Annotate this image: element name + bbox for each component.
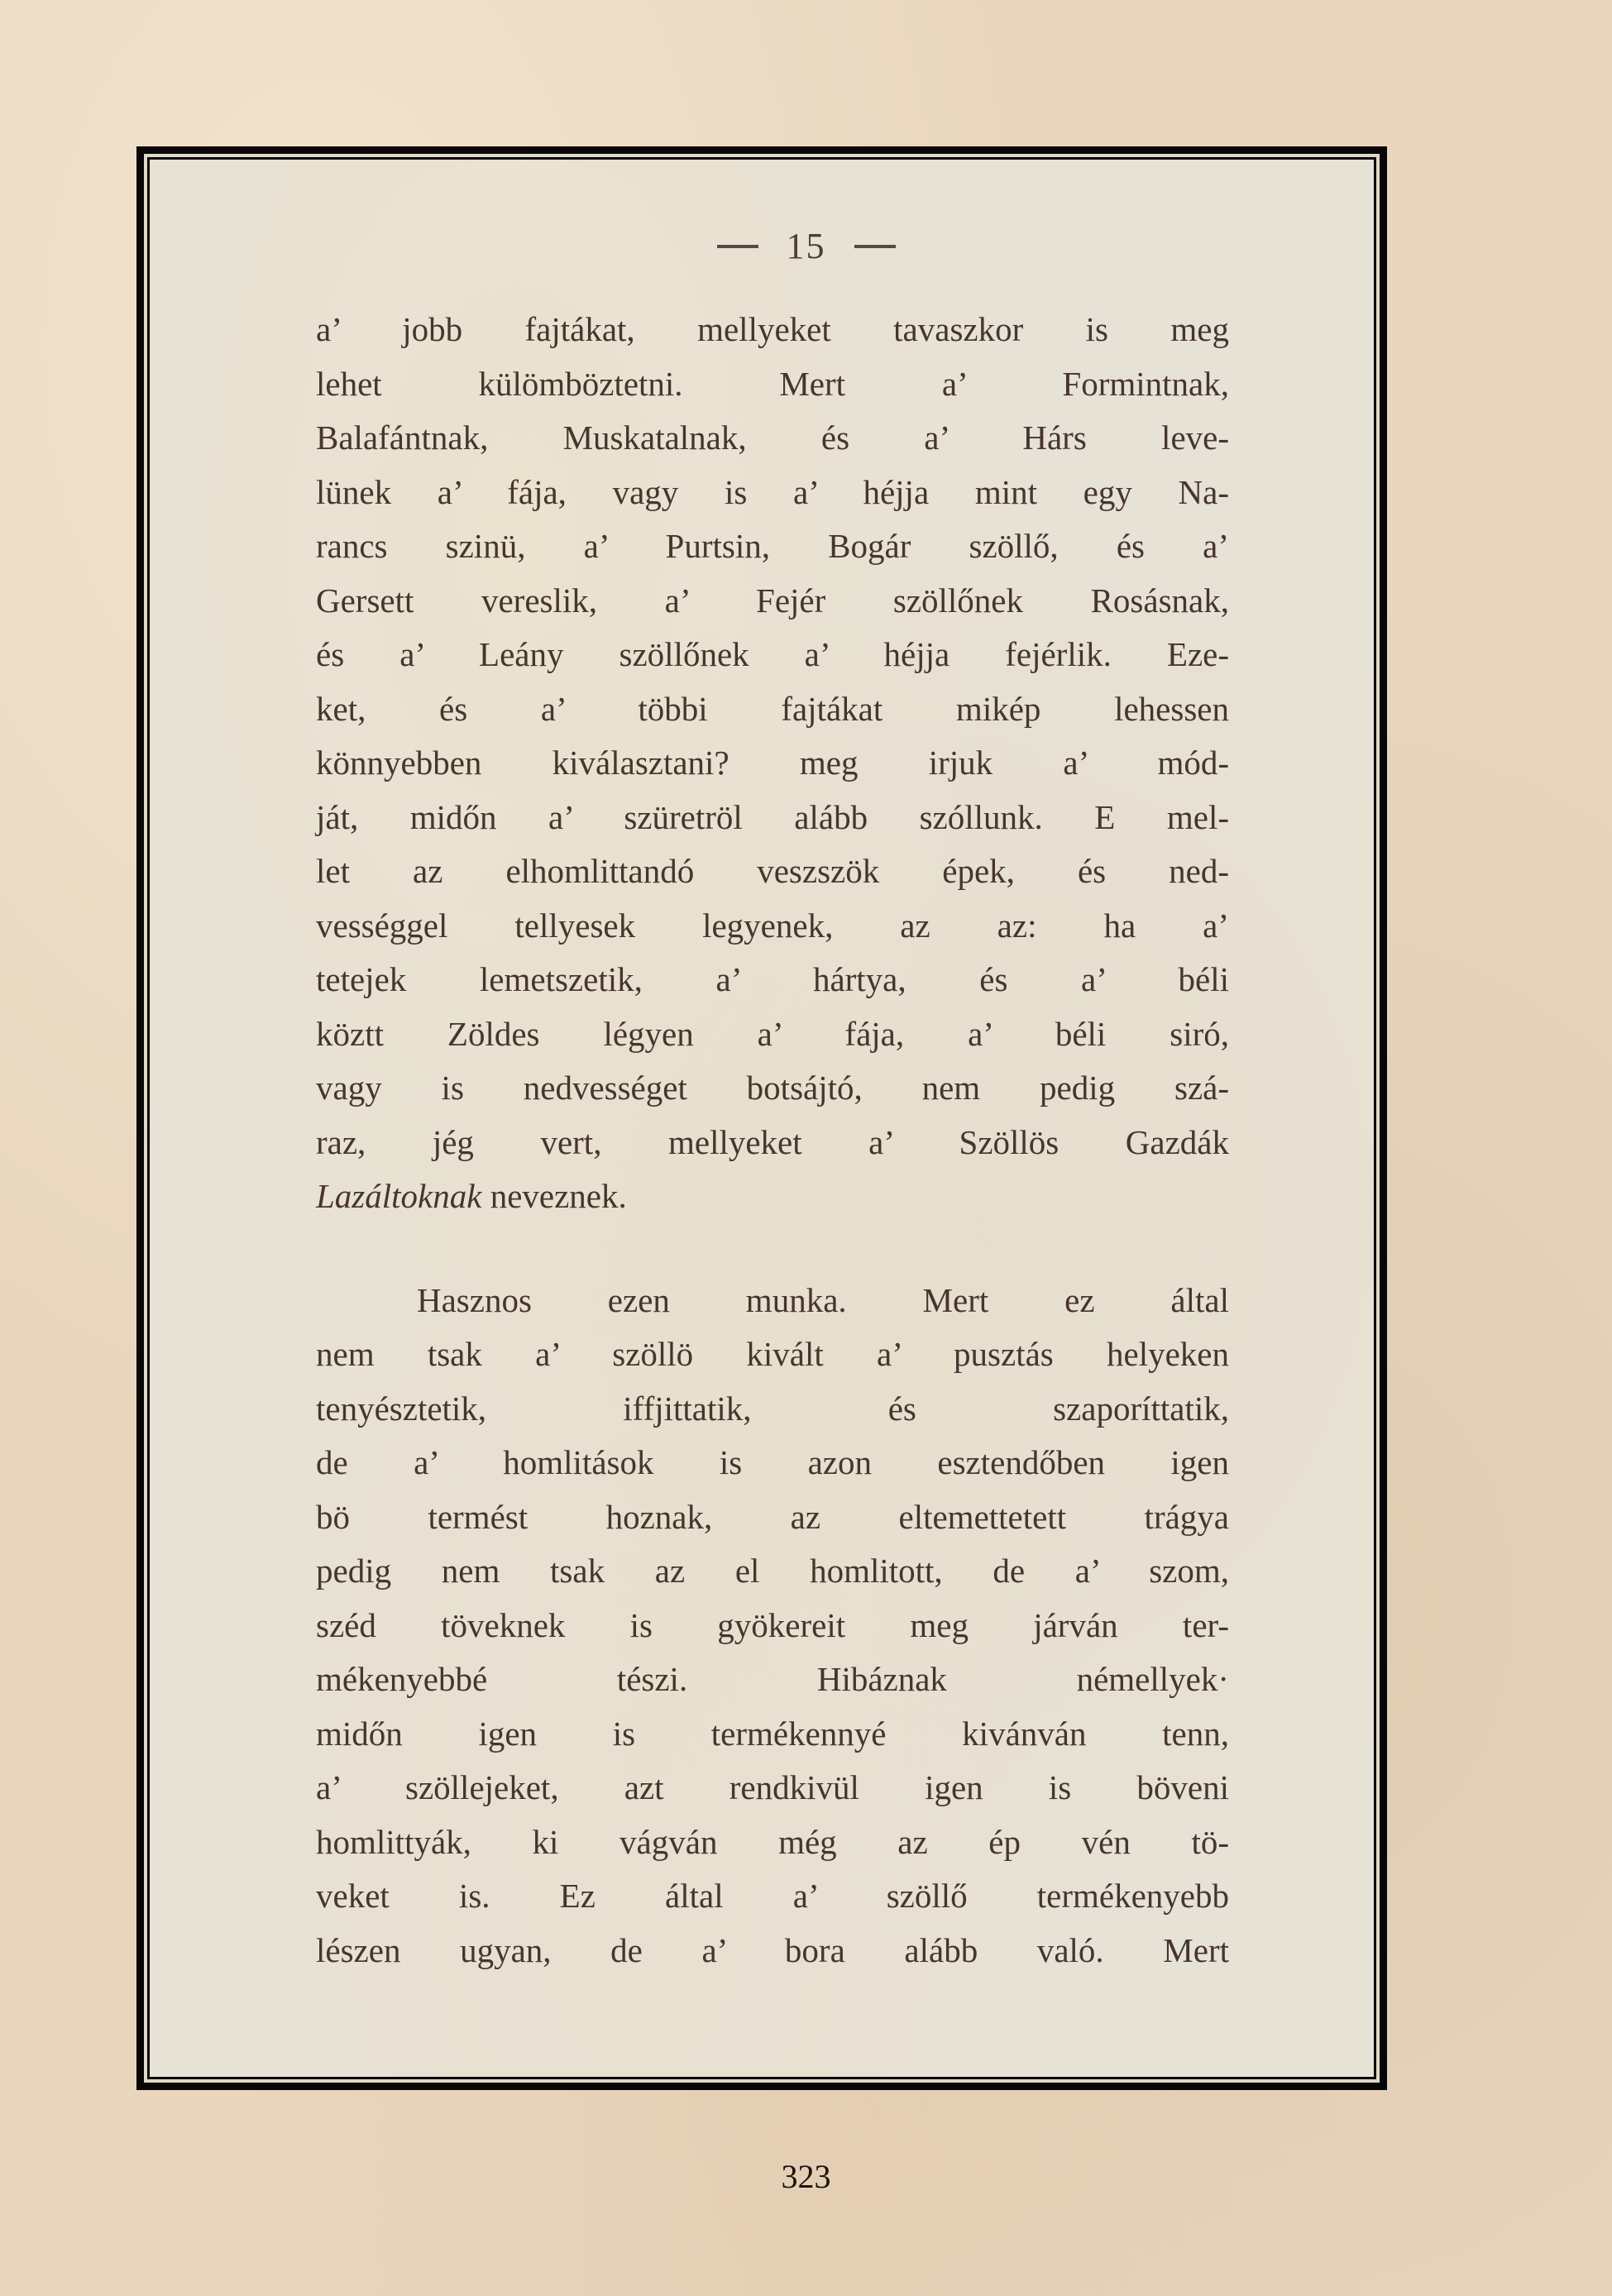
text-line: raz, jég vert, mellyeket a’ Szöllös Gazd… bbox=[316, 1116, 1229, 1170]
text-line: tenyésztetik, iffjittatik, és szaporítta… bbox=[316, 1382, 1229, 1437]
folio-page-number: 323 bbox=[0, 2157, 1612, 2196]
text-line: rancs szinü, a’ Purtsin, Bogár szöllő, é… bbox=[316, 519, 1229, 574]
text-line: könnyebben kiválasztani? meg irjuk a’ mó… bbox=[316, 736, 1229, 791]
text-line: ját, midőn a’ szüretröl alább szóllunk. … bbox=[316, 791, 1229, 845]
text-line: lehet külömböztetni. Mert a’ Formintnak, bbox=[316, 357, 1229, 412]
text-line: midőn igen is termékennyé kivánván tenn, bbox=[316, 1707, 1229, 1762]
header-page-number: 15 bbox=[787, 226, 826, 266]
text-line: vességgel tellyesek legyenek, az az: ha … bbox=[316, 899, 1229, 954]
text-line: a’ jobb fajtákat, mellyeket tavaszkor is… bbox=[316, 303, 1229, 357]
text-line: nem tsak a’ szöllö kivált a’ pusztás hel… bbox=[316, 1327, 1229, 1382]
text-line: és a’ Leány szöllőnek a’ héjja fejérlik.… bbox=[316, 628, 1229, 682]
text-line: lészen ugyan, de a’ bora alább való. Mer… bbox=[316, 1924, 1229, 1978]
text-line: vagy is nedvességet botsájtó, nem pedig … bbox=[316, 1061, 1229, 1116]
text-line-indented: Hasznos ezen munka. Mert ez által bbox=[316, 1274, 1229, 1328]
text-line: tetejek lemetszetik, a’ hártya, és a’ bé… bbox=[316, 953, 1229, 1007]
text-line: a’ szöllejeket, azt rendkivül igen is bö… bbox=[316, 1761, 1229, 1815]
text-line: köztt Zöldes légyen a’ fája, a’ béli sir… bbox=[316, 1007, 1229, 1062]
text-line: Balafántnak, Muskatalnak, és a’ Hárs lev… bbox=[316, 411, 1229, 466]
text-line: bö termést hoznak, az eltemettetett trág… bbox=[316, 1490, 1229, 1545]
text-line: pedig nem tsak az el homlitott, de a’ sz… bbox=[316, 1544, 1229, 1599]
text-line: lünek a’ fája, vagy is a’ héjja mint egy… bbox=[316, 466, 1229, 520]
header-dash-right bbox=[854, 245, 896, 248]
body-text: a’ jobb fajtákat, mellyeket tavaszkor is… bbox=[316, 303, 1229, 1978]
text-line: let az elhomlittandó veszszök épek, és n… bbox=[316, 844, 1229, 899]
text-line: homlittyák, ki vágván még az ép vén tö- bbox=[316, 1815, 1229, 1870]
paragraph-2: Hasznos ezen munka. Mert ez által nem ts… bbox=[316, 1274, 1229, 1978]
text-line: Gersett vereslik, a’ Fejér szöllőnek Ros… bbox=[316, 574, 1229, 629]
text-line: mékenyebbé tészi. Hibáznak némellyek· bbox=[316, 1653, 1229, 1707]
text-line-last: Lazáltoknak neveznek. bbox=[316, 1170, 1229, 1224]
text-line: széd töveknek is gyökereit meg járván te… bbox=[316, 1599, 1229, 1653]
italic-term: Lazáltoknak bbox=[316, 1177, 481, 1215]
text-line: veket is. Ez által a’ szöllő termékenyeb… bbox=[316, 1869, 1229, 1924]
text-line: de a’ homlitások is azon esztendőben ige… bbox=[316, 1436, 1229, 1490]
running-header: 15 bbox=[0, 225, 1612, 267]
text-line: ket, és a’ többi fajtákat mikép lehessen bbox=[316, 682, 1229, 737]
paragraph-1: a’ jobb fajtákat, mellyeket tavaszkor is… bbox=[316, 303, 1229, 1224]
header-dash-left bbox=[717, 245, 758, 248]
paragraph-gap bbox=[316, 1224, 1229, 1274]
